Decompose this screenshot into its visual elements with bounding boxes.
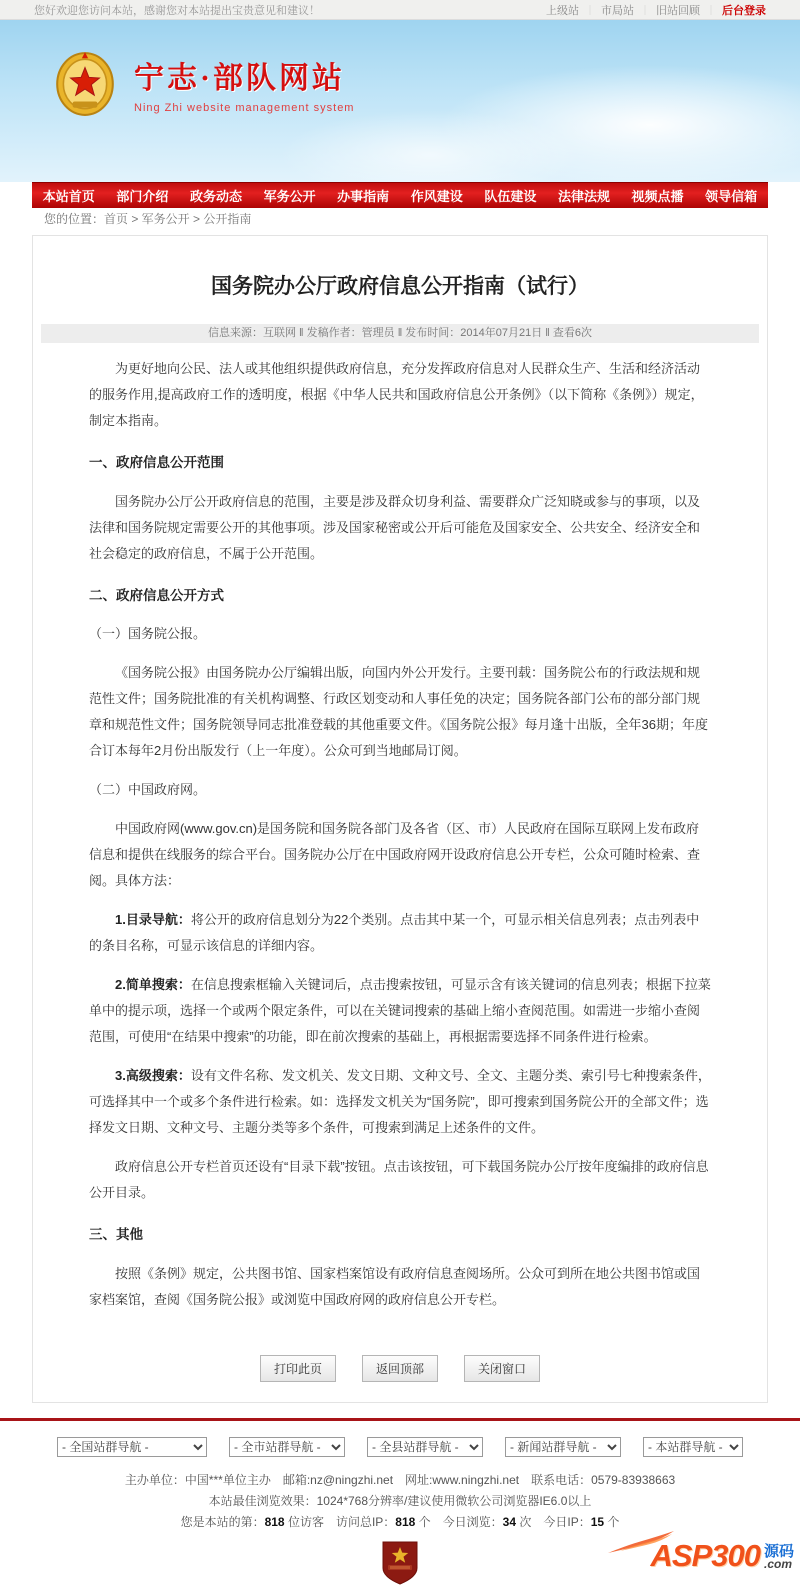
article-body: 为更好地向公民、法人或其他组织提供政府信息，充分发挥政府信息对人民群众生产、生活… <box>89 356 711 1313</box>
stat-value: 34 <box>503 1515 516 1529</box>
footer-site-navigation: - 全国站群导航 -- 全市站群导航 -- 全县站群导航 -- 新闻站群导航 -… <box>0 1437 800 1457</box>
nav-item[interactable]: 领导信箱 <box>705 186 757 205</box>
topbar-links: 上级站｜市局站｜旧站回顾｜后台登录 <box>546 2 766 18</box>
footer-visitor-stats: 您是本站的第：818 位访客 访问总IP：818 个 今日浏览：34 次 今日I… <box>0 1513 800 1531</box>
print-page-button[interactable]: 打印此页 <box>260 1355 336 1382</box>
close-window-button[interactable]: 关闭窗口 <box>464 1355 540 1382</box>
nav-item[interactable]: 法律法规 <box>558 186 610 205</box>
section-heading: 一、政府信息公开范围 <box>89 450 711 476</box>
welcome-text: 您好欢迎您访问本站，感谢您对本站提出宝贵意见和建议！ <box>34 2 320 18</box>
page-title: 国务院办公厅政府信息公开指南（试行） <box>81 270 719 300</box>
nav-item[interactable]: 本站首页 <box>43 186 95 205</box>
security-badge-icon[interactable] <box>382 1541 418 1588</box>
nav-item[interactable]: 办事指南 <box>337 186 389 205</box>
city-sites-select[interactable]: - 全市站群导航 - <box>229 1437 345 1457</box>
nav-item[interactable]: 作风建设 <box>411 186 463 205</box>
news-sites-select[interactable]: - 新闻站群导航 - <box>505 1437 621 1457</box>
section-heading: 二、政府信息公开方式 <box>89 583 711 609</box>
stat-label: 个 <box>604 1515 619 1529</box>
subsection-label: （一）国务院公报。 <box>89 621 711 647</box>
site-header-banner: 宁志·部队网站 Ning Zhi website management syst… <box>0 20 800 182</box>
nav-item[interactable]: 部门介绍 <box>116 186 168 205</box>
main-navigation: 本站首页部门介绍政务动态军务公开办事指南作风建设队伍建设法律法规视频点播领导信箱 <box>32 182 768 208</box>
paragraph-lead: 1.目录导航： <box>115 912 191 927</box>
stat-value: 818 <box>395 1515 415 1529</box>
article-container: 国务院办公厅政府信息公开指南（试行） 信息来源：互联网 ‖ 发稿作者：管理员 ‖… <box>32 235 768 1403</box>
footer-divider <box>0 1418 800 1421</box>
article-actions: 打印此页返回顶部关闭窗口 <box>41 1355 759 1382</box>
section-heading: 三、其他 <box>89 1222 711 1248</box>
nav-item[interactable]: 政务动态 <box>190 186 242 205</box>
topbar-link[interactable]: 市局站 <box>601 2 634 18</box>
nav-item[interactable]: 军务公开 <box>264 186 316 205</box>
site-logo[interactable]: 宁志·部队网站 Ning Zhi website management syst… <box>52 48 354 118</box>
asp300-com-label: .com <box>764 1558 792 1571</box>
stat-label: 您是本站的第： <box>181 1515 265 1529</box>
article-paragraph: 《国务院公报》由国务院办公厅编辑出版，向国内外公开发行。主要刊载：国务院公布的行… <box>89 660 711 764</box>
breadcrumb: 您的位置：首页 > 军务公开 > 公开指南 <box>32 208 768 230</box>
footer-contact-line: 主办单位：中国***单位主办 邮箱:nz@ningzhi.net 网址:www.… <box>0 1471 800 1489</box>
nav-item[interactable]: 队伍建设 <box>484 186 536 205</box>
back-to-top-button[interactable]: 返回顶部 <box>362 1355 438 1382</box>
nav-item[interactable]: 视频点播 <box>632 186 684 205</box>
footer-browser-line: 本站最佳浏览效果：1024*768分辨率/建议使用微软公司浏览器IE6.0以上 <box>0 1492 800 1510</box>
article-paragraph: 中国政府网(www.gov.cn)是国务院和国务院各部门及各省（区、市）人民政府… <box>89 816 711 894</box>
article-paragraph: 按照《条例》规定，公共图书馆、国家档案馆设有政府信息查阅场所。公众可到所在地公共… <box>89 1261 711 1313</box>
stat-value: 818 <box>265 1515 285 1529</box>
article-paragraph: 政府信息公开专栏首页还设有“目录下载”按钮。点击该按钮，可下载国务院办公厅按年度… <box>89 1154 711 1206</box>
national-sites-select[interactable]: - 全国站群导航 - <box>57 1437 207 1457</box>
topbar-link[interactable]: 上级站 <box>546 2 579 18</box>
stat-value: 15 <box>591 1515 604 1529</box>
site-title: 宁志·部队网站 <box>134 53 354 97</box>
topbar-link-separator: ｜ <box>585 2 595 17</box>
military-emblem-icon <box>52 48 118 118</box>
article-paragraph: 2.简单搜索：在信息搜索框输入关键词后，点击搜索按钮，可显示含有该关键词的信息列… <box>89 972 711 1050</box>
subsection-label: （二）中国政府网。 <box>89 777 711 803</box>
article-paragraph: 国务院办公厅公开政府信息的范围，主要是涉及群众切身利益、需要群众广泛知晓或参与的… <box>89 489 711 567</box>
stat-label: 次 今日IP： <box>516 1515 591 1529</box>
this-site-select[interactable]: - 本站群导航 - <box>643 1437 743 1457</box>
asp300-logo[interactable]: ASP300 源码 .com <box>651 1541 794 1571</box>
topbar-link-separator: ｜ <box>706 2 716 17</box>
admin-login-link[interactable]: 后台登录 <box>722 2 766 18</box>
topbar-link-separator: ｜ <box>640 2 650 17</box>
topbar-link[interactable]: 旧站回顾 <box>656 2 700 18</box>
stat-label: 位访客 访问总IP： <box>285 1515 396 1529</box>
county-sites-select[interactable]: - 全县站群导航 - <box>367 1437 483 1457</box>
article-paragraph: 1.目录导航：将公开的政府信息划分为22个类别。点击其中某一个，可显示相关信息列… <box>89 907 711 959</box>
flame-icon <box>606 1529 676 1555</box>
footer-logos: ASP300 源码 .com <box>0 1539 800 1595</box>
paragraph-lead: 2.简单搜索： <box>115 977 191 992</box>
top-utility-bar: 您好欢迎您访问本站，感谢您对本站提出宝贵意见和建议！ 上级站｜市局站｜旧站回顾｜… <box>0 0 800 20</box>
paragraph-lead: 3.高级搜索： <box>115 1068 191 1083</box>
footer-info: 主办单位：中国***单位主办 邮箱:nz@ningzhi.net 网址:www.… <box>0 1471 800 1531</box>
article-paragraph: 3.高级搜索：设有文件名称、发文机关、发文日期、文种文号、全文、主题分类、索引号… <box>89 1063 711 1141</box>
stat-label: 个 今日浏览： <box>415 1515 502 1529</box>
article-paragraph: 为更好地向公民、法人或其他组织提供政府信息，充分发挥政府信息对人民群众生产、生活… <box>89 356 711 434</box>
site-subtitle: Ning Zhi website management system <box>134 102 354 114</box>
article-meta-bar: 信息来源：互联网 ‖ 发稿作者：管理员 ‖ 发布时间：2014年07月21日 ‖… <box>41 324 759 343</box>
